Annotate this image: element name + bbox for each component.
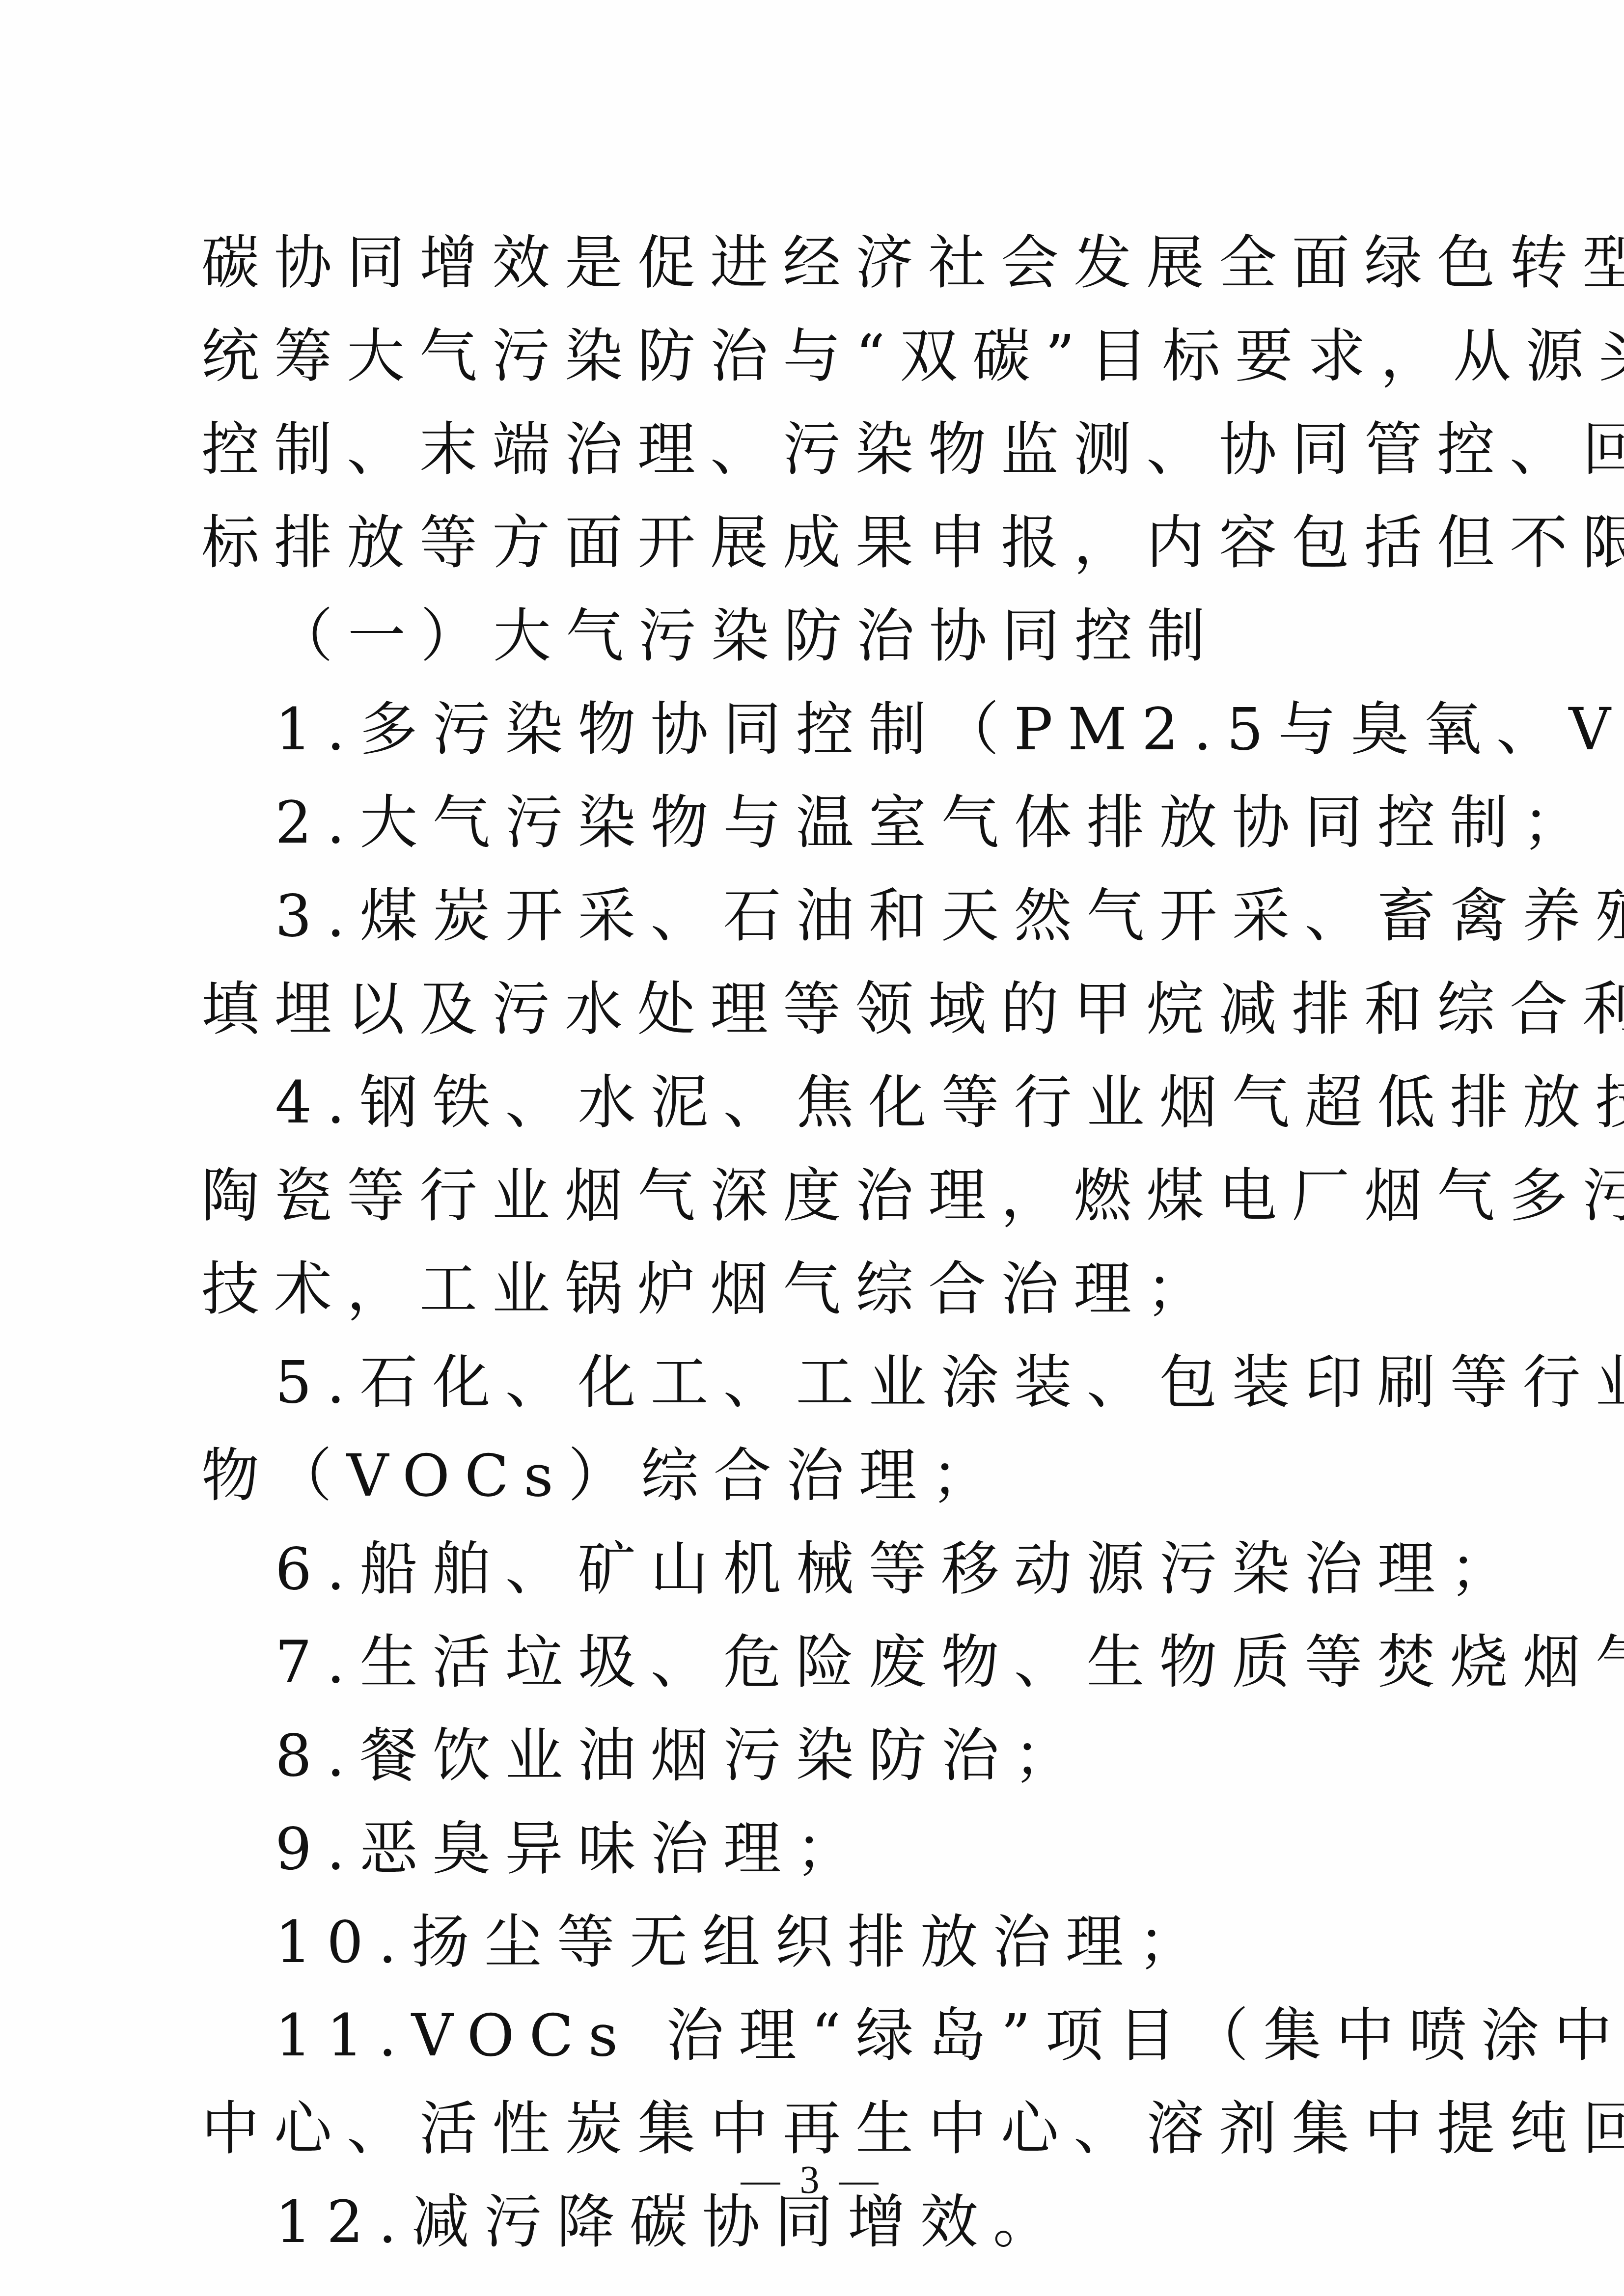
list-item-line: 8.餐饮业油烟污染防治； xyxy=(201,1709,1380,1802)
list-item-line: 11.VOCs 治理“绿岛”项目（集中喷涂中心、钣喷共享 xyxy=(201,1989,1380,2082)
list-item-line: 1.多污染物协同控制（PM2.5与臭氧、VOCs和NOx等）； xyxy=(201,683,1380,776)
list-item-line: 7.生活垃圾、危险废物、生物质等焚烧烟气净化； xyxy=(201,1615,1380,1709)
list-item-6: 6.船舶、矿山机械等移动源污染治理； xyxy=(201,1522,1380,1615)
list-item-11: 11.VOCs 治理“绿岛”项目（集中喷涂中心、钣喷共享 中心、活性炭集中再生中… xyxy=(201,1989,1380,2175)
list-item-line: 陶瓷等行业烟气深度治理，燃煤电厂烟气多污染物协同控制 xyxy=(201,1149,1380,1242)
intro-line-3: 控制、末端治理、污染物监测、协同管控、回收利用以及达 xyxy=(201,403,1380,496)
list-item-3: 3.煤炭开采、石油和天然气开采、畜禽养殖、生活垃圾 填埋以及污水处理等领域的甲烷… xyxy=(201,869,1380,1056)
intro-line-4: 标排放等方面开展成果申报，内容包括但不限于以下： xyxy=(201,496,1380,589)
list-item-line: 4.钢铁、水泥、焦化等行业烟气超低排放技术，玻璃、 xyxy=(201,1056,1380,1149)
list-item-line: 9.恶臭异味治理； xyxy=(201,1802,1380,1895)
page-number: — 3 — xyxy=(0,2151,1624,2210)
list-item-9: 9.恶臭异味治理； xyxy=(201,1802,1380,1895)
list-item-5: 5.石化、化工、工业涂装、包装印刷等行业挥发性有机 物（VOCs）综合治理； xyxy=(201,1336,1380,1522)
list-item-7: 7.生活垃圾、危险废物、生物质等焚烧烟气净化； xyxy=(201,1615,1380,1709)
list-item-line: 技术，工业锅炉烟气综合治理； xyxy=(201,1242,1380,1336)
document-body: 碳协同增效是促进经济社会发展全面绿色转型的重要抓手， 统筹大气污染防治与“双碳”… xyxy=(201,216,1380,2269)
list-item-line: 10.扬尘等无组织排放治理； xyxy=(201,1895,1380,1989)
intro-line-2: 统筹大气污染防治与“双碳”目标要求，从源头预防、过程 xyxy=(201,309,1380,403)
list-item-1: 1.多污染物协同控制（PM2.5与臭氧、VOCs和NOx等）； xyxy=(201,683,1380,776)
list-item-line: 3.煤炭开采、石油和天然气开采、畜禽养殖、生活垃圾 xyxy=(201,869,1380,962)
list-item-4: 4.钢铁、水泥、焦化等行业烟气超低排放技术，玻璃、 陶瓷等行业烟气深度治理，燃煤… xyxy=(201,1056,1380,1336)
list-item-line: 6.船舶、矿山机械等移动源污染治理； xyxy=(201,1522,1380,1615)
section-heading: （一）大气污染防治协同控制 xyxy=(201,589,1380,683)
list-item-10: 10.扬尘等无组织排放治理； xyxy=(201,1895,1380,1989)
list-item-2: 2.大气污染物与温室气体排放协同控制； xyxy=(201,776,1380,869)
list-item-line: 物（VOCs）综合治理； xyxy=(201,1429,1380,1522)
list-item-line: 5.石化、化工、工业涂装、包装印刷等行业挥发性有机 xyxy=(201,1336,1380,1429)
list-item-8: 8.餐饮业油烟污染防治； xyxy=(201,1709,1380,1802)
list-item-line: 2.大气污染物与温室气体排放协同控制； xyxy=(201,776,1380,869)
intro-line-1: 碳协同增效是促进经济社会发展全面绿色转型的重要抓手， xyxy=(201,216,1380,309)
list-item-line: 填埋以及污水处理等领域的甲烷减排和综合利用； xyxy=(201,962,1380,1056)
document-page: 碳协同增效是促进经济社会发展全面绿色转型的重要抓手， 统筹大气污染防治与“双碳”… xyxy=(0,0,1624,2296)
